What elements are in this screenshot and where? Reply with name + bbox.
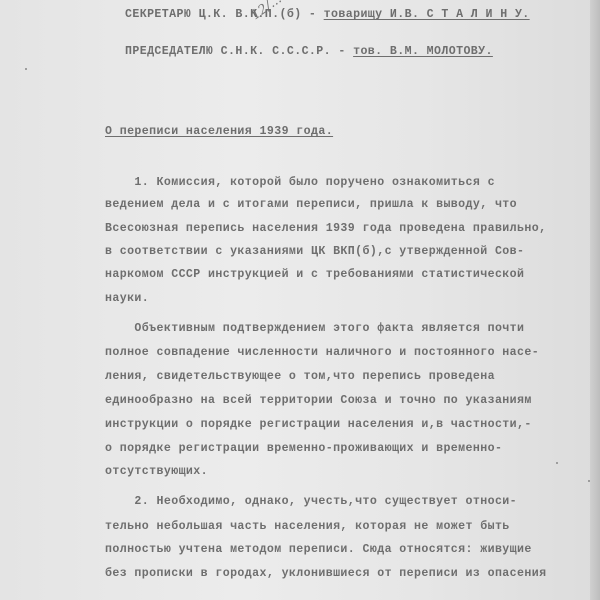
body-line: науки. [105,292,149,305]
body-line: наркомом СССР инструкцией и с требования… [105,268,524,281]
body-line: 2. Необходимо, однако, учесть,что сущест… [105,495,517,508]
body-line: о порядке регистрации временно-проживающ… [105,442,502,455]
header-addressee-title: СЕКРЕТАРЮ Ц.К. В.К.П.(б) - [125,8,324,21]
document-title: О переписи населения 1939 года. [105,125,333,138]
body-line: инструкции о порядке регистрации населен… [105,418,532,431]
header-addressee-name: товарищу И.В. С Т А Л И Н У. [324,8,530,21]
scan-speck [556,462,558,464]
header-addressee-name: тов. В.М. МОЛОТОВУ. [353,45,493,58]
body-line: тельно небольшая часть населения, котора… [105,520,510,533]
body-line: единообразно на всей территории Союза и … [105,394,532,407]
header-addressee-title: ПРЕДСЕДАТЕЛЮ С.Н.К. С.С.С.Р. - [125,45,353,58]
body-line: полностью учтена методом переписи. Сюда … [105,543,532,556]
scan-speck [25,68,27,70]
body-line: в соответствии с указаниями ЦК ВКП(б),с … [105,245,524,258]
body-line: ления, свидетельствующее о том,что переп… [105,370,495,383]
body-line: без прописки в городах, уклонившиеся от … [105,567,546,580]
header-line-2: ПРЕДСЕДАТЕЛЮ С.Н.К. С.С.С.Р. - тов. В.М.… [125,45,493,58]
body-line: Всесоюзная перепись населения 1939 года … [105,222,546,235]
scan-speck [588,480,590,482]
body-line: отсутствующих. [105,465,208,478]
body-line: ведением дела и с итогами переписи, приш… [105,198,517,211]
header-line-1: СЕКРЕТАРЮ Ц.К. В.К.П.(б) - товарищу И.В.… [125,8,530,21]
body-line: Объективным подтверждением этого факта я… [105,322,524,335]
body-line: полное совпадение численности наличного … [105,346,539,359]
body-line: 1. Комиссия, которой было поручено ознак… [105,176,495,189]
scanned-page: 12/... СЕКРЕТАРЮ Ц.К. В.К.П.(б) - товари… [0,0,600,600]
